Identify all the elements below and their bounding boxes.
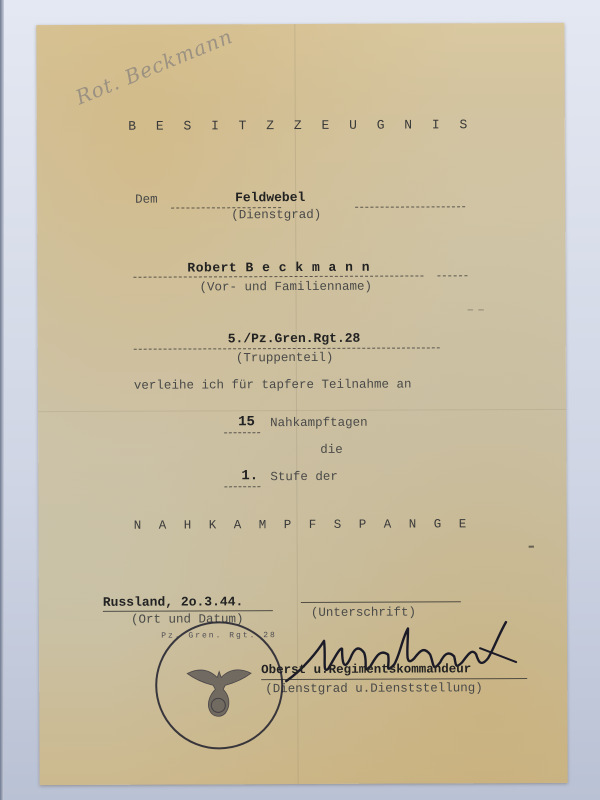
unit-value: 5./Pz.Gren.Rgt.28	[228, 331, 361, 347]
signature-line	[301, 601, 461, 603]
pencil-annotation: Rot. Beckmann	[72, 24, 236, 110]
name-underline	[133, 275, 423, 277]
stamp-text: Pz. Gren. Rgt. 28	[157, 631, 281, 641]
award-text-line1: verleihe ich für tapfere Teilnahme an	[134, 378, 412, 393]
award-name: N A H K A M P F S P A N G E	[38, 517, 566, 533]
rank-label: (Dienstgrad)	[231, 208, 321, 222]
unit-label: (Truppenteil)	[236, 351, 334, 365]
name-underline-end	[437, 275, 467, 276]
certificate-paper: Rot. Beckmann B E S I T Z Z E U G N I S …	[36, 23, 567, 785]
eagle-emblem-icon	[185, 659, 253, 719]
ink-mark: — —	[468, 305, 484, 315]
award-text-die: die	[320, 443, 343, 457]
rank-position-value: Oberst u.Regimentskommandeur	[261, 662, 471, 677]
rank-value: Feldwebel	[235, 190, 305, 205]
days-value: 15	[238, 414, 255, 430]
official-stamp: Pz. Gren. Rgt. 28	[155, 621, 284, 750]
name-value: Robert B e c k m a n n	[187, 260, 370, 276]
photo-edge	[0, 0, 4, 800]
document-title: B E S I T Z Z E U G N I S	[37, 117, 565, 134]
rank-position-label: (Dienstgrad u.Dienststellung)	[265, 681, 483, 696]
days-label: Nahkampftagen	[270, 416, 368, 430]
grade-underline	[224, 486, 260, 487]
paper-fold-horizontal	[38, 409, 566, 412]
grade-label: Stufe der	[270, 470, 338, 484]
place-date-value: Russland, 2o.3.44.	[103, 594, 244, 610]
rank-underline-right	[355, 206, 465, 207]
unit-underline	[134, 347, 440, 349]
name-label: (Vor- und Familienname)	[199, 280, 372, 295]
days-underline	[224, 432, 260, 433]
recipient-prefix: Dem	[135, 193, 158, 207]
grade-value: 1.	[241, 468, 258, 484]
ink-smudge: ▬	[529, 541, 534, 551]
